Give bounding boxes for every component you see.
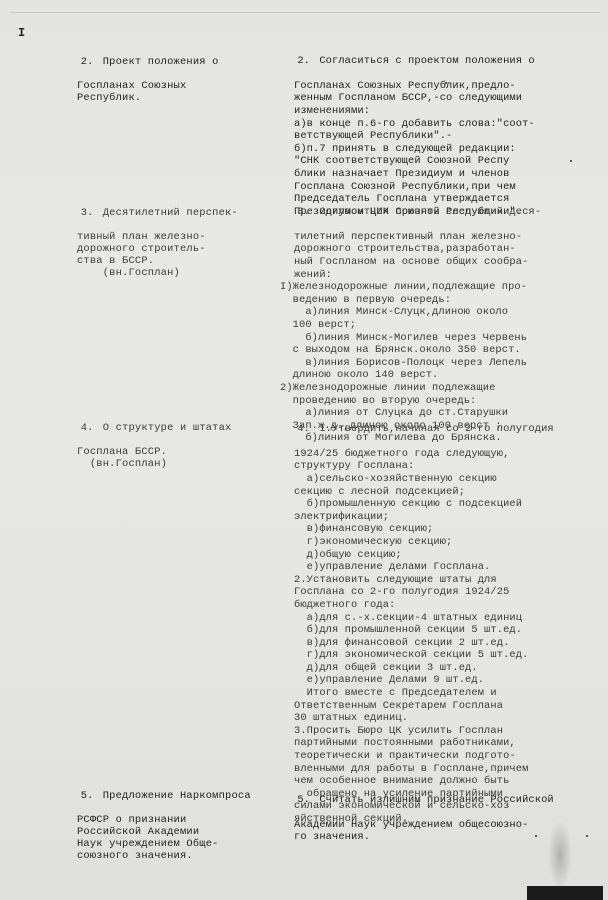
text-line: дорожного строительства,разработан- xyxy=(294,243,602,256)
text-line: ства в БССР. xyxy=(77,255,255,267)
text-line: Согласиться с проектом положения о xyxy=(319,55,534,67)
text-line: проведению во вторую очередь: xyxy=(280,395,602,408)
text-line: изменениями: xyxy=(294,105,602,118)
text-line: е)управление делами Госплана. xyxy=(294,561,602,574)
item-2-decision: 2.Согласиться с проектом положения о Гос… xyxy=(272,42,602,218)
text-line: 2)Железнодорожные линии подлежащие xyxy=(280,382,602,395)
scan-speck xyxy=(570,160,572,162)
text-line: (вн.Госплан) xyxy=(77,267,255,279)
text-line: а)линия Минск-Слуцк,длиною около xyxy=(280,306,602,319)
item-3-decision: 3.Согласиться принять следующий деся- ти… xyxy=(272,193,602,445)
text-line: Ответственным Секретарем Госплана xyxy=(294,700,602,713)
text-line: теоретически и практически подгото- xyxy=(294,750,602,763)
item-2-number: 2. xyxy=(81,56,103,68)
text-line: в)линия Борисов-Полоцк через Лепель xyxy=(280,357,602,370)
text-line: (вн.Госплан) xyxy=(77,458,255,470)
text-line: ный Госпланом на основе общих сообра- xyxy=(294,256,602,269)
text-line: а)в конце п.6-го добавить слова:"соот- xyxy=(294,118,602,131)
text-line: д)для общей секции 3 шт.ед. xyxy=(294,662,602,675)
text-line: Госплана со 2-го полугодия 1924/25 xyxy=(294,586,602,599)
item-3-decision-number: 3. xyxy=(297,206,319,219)
item-5-number: 5. xyxy=(81,790,103,802)
text-line: блики назначает Президиум и членов xyxy=(294,168,602,181)
text-line: Госпланах Союзных xyxy=(77,80,255,92)
text-line: I)Железнодорожные линии,подлежащие про- xyxy=(280,281,602,294)
document-page: I 2.Проект положения о Госпланах Союзных… xyxy=(0,0,608,900)
text-line: ветствующей Республики".- xyxy=(294,130,602,143)
text-line: Десятилетний перспек- xyxy=(103,207,238,219)
text-line: б)для промышленной секции 5 шт.ед. xyxy=(294,624,602,637)
text-line: "СНК соответствующей Союзной Респу xyxy=(294,155,602,168)
text-line: д)общую секцию; xyxy=(294,549,602,562)
text-line: Предложение Наркомпроса xyxy=(103,790,251,802)
text-line: Республик. xyxy=(77,92,255,104)
item-5-decision-number: 5. xyxy=(297,794,319,807)
margin-mark: I xyxy=(18,26,25,40)
text-line: Госпланах Союзных Республик,предло- xyxy=(294,80,602,93)
text-line: б)промышленную секцию с подсекцией xyxy=(294,498,602,511)
text-line: Российской Академии xyxy=(77,826,255,838)
scan-speck xyxy=(445,82,447,84)
text-line: Согласиться принять следующий деся- xyxy=(319,206,541,218)
item-2-decision-number: 2. xyxy=(297,55,319,68)
text-line: бюджетного года: xyxy=(294,599,602,612)
text-line: длиною около 140 верст. xyxy=(280,369,602,382)
text-line: Итого вместе с Председателем и xyxy=(294,687,602,700)
text-line: в)для финансовой секции 2 шт.ед. xyxy=(294,637,602,650)
text-line: союзного значения. xyxy=(77,850,255,862)
text-line: а)сельско-хозяйственную секцию xyxy=(294,473,602,486)
text-line: тилетний перспективный план железно- xyxy=(294,231,602,244)
scan-edge-shadow xyxy=(527,886,603,900)
scan-speck xyxy=(535,835,537,837)
text-line: г)для экономической секции 5 шт.ед. xyxy=(294,649,602,662)
text-line: Госплана Союзной Республики,при чем xyxy=(294,181,602,194)
text-line: О структуре и штатах xyxy=(103,422,232,434)
item-4-number: 4. xyxy=(81,422,103,434)
text-line: е)управление Делами 9 шт.ед. xyxy=(294,674,602,687)
text-line: электрификации; xyxy=(294,511,602,524)
text-line: тивный план железно- xyxy=(77,231,255,243)
text-line: дорожного строитель- xyxy=(77,243,255,255)
text-line: 3.Просить Бюро ЦК усилить Госплан xyxy=(294,725,602,738)
text-line: б)линия Минск-Могилев через Червень xyxy=(280,332,602,345)
text-line: I.Утвердить,начиная со 2-го полугодия xyxy=(319,423,553,435)
text-line: 1924/25 бюджетного года следующую, xyxy=(294,448,602,461)
text-line: партийными постоянными работниками, xyxy=(294,737,602,750)
text-line: женным Госпланом БССР,-со следующими xyxy=(294,92,602,105)
text-line: структуру Госплана: xyxy=(294,460,602,473)
item-4-decision: 4.I.Утвердить,начиная со 2-го полугодия … xyxy=(272,410,602,826)
text-line: 100 верст; xyxy=(280,319,602,332)
text-line: Наук учреждением Обще- xyxy=(77,838,255,850)
text-line: 2.Установить следующие штаты для xyxy=(294,574,602,587)
text-line: Считать излишним признание Российской xyxy=(319,794,553,806)
text-line: секцию с лесной подсекцией; xyxy=(294,486,602,499)
text-line: г)экономическую секцию; xyxy=(294,536,602,549)
item-3-number: 3. xyxy=(81,207,103,219)
item-5-subject: 5.Предложение Наркомпроса РСФСР о призна… xyxy=(55,778,255,862)
item-4-decision-number: 4. xyxy=(297,423,319,436)
text-line: а)для с.-х.секции-4 штатных единиц xyxy=(294,612,602,625)
text-line: 30 штатных единиц. xyxy=(294,712,602,725)
scan-speck xyxy=(586,835,588,837)
text-line: вленными для работы в Госплане,причем xyxy=(294,763,602,776)
text-line: б)п.7 принять в следующей редакции: xyxy=(294,143,602,156)
text-line: жений: xyxy=(294,269,602,282)
text-line: РСФСР о признании xyxy=(77,814,255,826)
text-line: ведению в первую очередь: xyxy=(280,294,602,307)
item-4-subject: 4.О структуре и штатах Госплана БССР. (в… xyxy=(55,410,255,470)
top-rule xyxy=(10,12,600,13)
scan-smudge xyxy=(548,820,572,890)
item-2-subject: 2.Проект положения о Госпланах СоюзныхРе… xyxy=(55,44,255,104)
text-line: с выходом на Брянск.около 350 верст. xyxy=(280,344,602,357)
text-line: Госплана БССР. xyxy=(77,446,255,458)
text-line: Проект положения о xyxy=(103,56,219,68)
item-3-subject: 3.Десятилетний перспек- тивный план желе… xyxy=(55,195,255,279)
text-line: в)финансовую секцию; xyxy=(294,523,602,536)
